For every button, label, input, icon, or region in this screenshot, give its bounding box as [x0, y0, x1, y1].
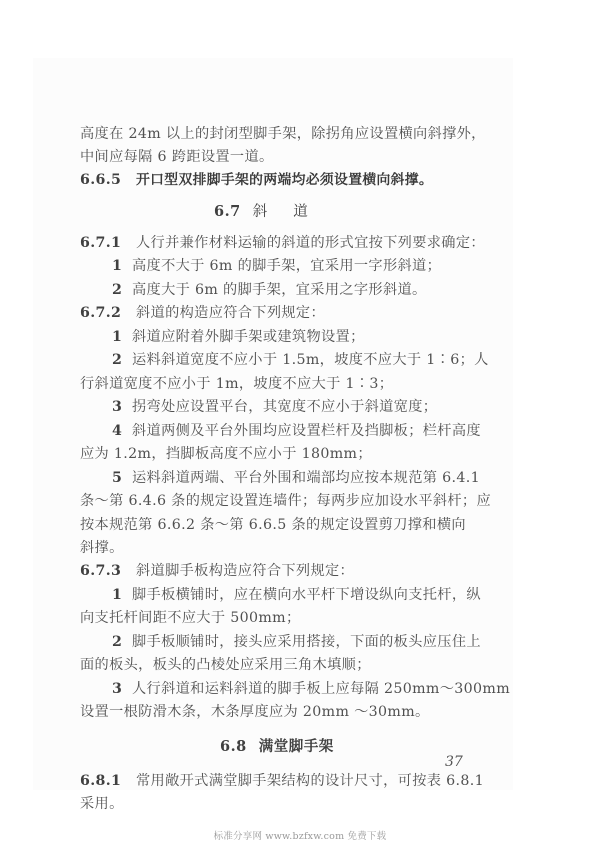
text-line: 采用。: [80, 794, 124, 814]
clause-number: 6.7.3: [80, 561, 136, 581]
text-line: 行斜道宽度不应小于 1m，坡度不应大于 1∶3；: [80, 374, 393, 394]
item-text: 人行斜道和运料斜道的脚手板上应每隔 250mm～300mm: [132, 681, 510, 697]
text-line: 按本规范第 6.6.2 条～第 6.6.5 条的规定设置剪刀撑和横向: [80, 515, 466, 535]
watermark-text: 标准分享网 www.bzfxw.com 免费下载: [0, 828, 600, 842]
clause-6-7-3: 6.7.3斜道脚手板构造应符合下列规定：: [80, 561, 354, 581]
text-line: 应为 1.2m，挡脚板高度不应小于 180mm；: [80, 444, 372, 464]
item-number: 1: [112, 327, 132, 347]
item-number: 2: [112, 280, 132, 300]
item-text: 拐弯处应设置平台，其宽度不应小于斜道宽度；: [132, 399, 437, 415]
clause-text: 斜道的构造应符合下列规定：: [136, 305, 325, 321]
clause-6-7-1: 6.7.1人行并兼作材料运输的斜道的形式宜按下列要求确定：: [80, 233, 485, 253]
page-number: 37: [445, 754, 463, 770]
list-item: 1高度不大于 6m 的脚手架，宜采用一字形斜道；: [112, 256, 441, 276]
clause-text: 人行并兼作材料运输的斜道的形式宜按下列要求确定：: [136, 235, 485, 251]
clause-6-7-2: 6.7.2斜道的构造应符合下列规定：: [80, 303, 325, 323]
clause-text: 斜道脚手板构造应符合下列规定：: [136, 563, 354, 579]
item-text: 运料斜道两端、平台外围和端部均应按本规范第 6.4.1: [132, 470, 480, 486]
clause-number: 6.7.1: [80, 233, 136, 253]
list-item: 5运料斜道两端、平台外围和端部均应按本规范第 6.4.1: [112, 468, 480, 488]
clause-text: 开口型双排脚手架的两端均必须设置横向斜撑。: [136, 172, 433, 188]
item-number: 2: [112, 350, 132, 370]
list-item: 3拐弯处应设置平台，其宽度不应小于斜道宽度；: [112, 397, 437, 417]
section-number: 6.7: [214, 203, 241, 220]
text-line: 斜撑。: [80, 538, 124, 558]
text-line: 面的板头，板头的凸棱处应采用三角木填顺；: [80, 655, 371, 675]
section-heading-6-7: 6.7斜道: [214, 202, 334, 222]
text-line: 高度在 24m 以上的封闭型脚手架，除拐角应设置横向斜撑外，: [80, 124, 486, 144]
text-line: 向支托杆间距不应大于 500mm；: [80, 608, 301, 628]
list-item: 2高度大于 6m 的脚手架，宜采用之字形斜道。: [112, 280, 427, 300]
item-text: 斜道两侧及平台外围均应设置栏杆及挡脚板；栏杆高度: [132, 423, 481, 439]
section-number: 6.8: [220, 738, 247, 755]
clause-6-6-5: 6.6.5开口型双排脚手架的两端均必须设置横向斜撑。: [80, 170, 433, 190]
item-text: 高度大于 6m 的脚手架，宜采用之字形斜道。: [132, 282, 427, 298]
text-line: 条～第 6.4.6 条的规定设置连墙件；每两步应加设水平斜杆；应: [80, 491, 491, 511]
item-text: 脚手板顺铺时，接头应采用搭接，下面的板头应压住上: [132, 634, 481, 650]
clause-6-8-1: 6.8.1常用敞开式满堂脚手架结构的设计尺寸，可按表 6.8.1: [80, 771, 484, 791]
list-item: 4斜道两侧及平台外围均应设置栏杆及挡脚板；栏杆高度: [112, 421, 481, 441]
text-line: 设置一根防滑木条，木条厚度应为 20mm ～30mm。: [80, 702, 430, 722]
item-text: 脚手板横铺时，应在横向水平杆下增设纵向支托杆，纵: [132, 587, 481, 603]
section-heading-6-8: 6.8满堂脚手架: [220, 737, 334, 757]
item-text: 运料斜道宽度不应小于 1.5m，坡度不应大于 1∶6；人: [132, 352, 489, 368]
item-number: 1: [112, 585, 132, 605]
item-number: 3: [112, 679, 132, 699]
item-number: 1: [112, 256, 132, 276]
item-number: 3: [112, 397, 132, 417]
item-number: 2: [112, 632, 132, 652]
list-item: 3人行斜道和运料斜道的脚手板上应每隔 250mm～300mm: [112, 679, 510, 699]
section-title: 满堂脚手架: [259, 739, 334, 755]
clause-number: 6.6.5: [80, 170, 136, 190]
text-line: 中间应每隔 6 跨距设置一道。: [80, 147, 274, 167]
list-item: 1脚手板横铺时，应在横向水平杆下增设纵向支托杆，纵: [112, 585, 481, 605]
list-item: 2脚手板顺铺时，接头应采用搭接，下面的板头应压住上: [112, 632, 481, 652]
item-text: 高度不大于 6m 的脚手架，宜采用一字形斜道；: [132, 258, 441, 274]
item-text: 斜道应附着外脚手架或建筑物设置；: [132, 329, 365, 345]
list-item: 1斜道应附着外脚手架或建筑物设置；: [112, 327, 365, 347]
clause-number: 6.8.1: [80, 771, 136, 791]
clause-text: 常用敞开式满堂脚手架结构的设计尺寸，可按表 6.8.1: [136, 773, 484, 789]
item-number: 4: [112, 421, 132, 441]
list-item: 2运料斜道宽度不应小于 1.5m，坡度不应大于 1∶6；人: [112, 350, 489, 370]
item-number: 5: [112, 468, 132, 488]
section-title: 斜道: [253, 204, 334, 220]
clause-number: 6.7.2: [80, 303, 136, 323]
